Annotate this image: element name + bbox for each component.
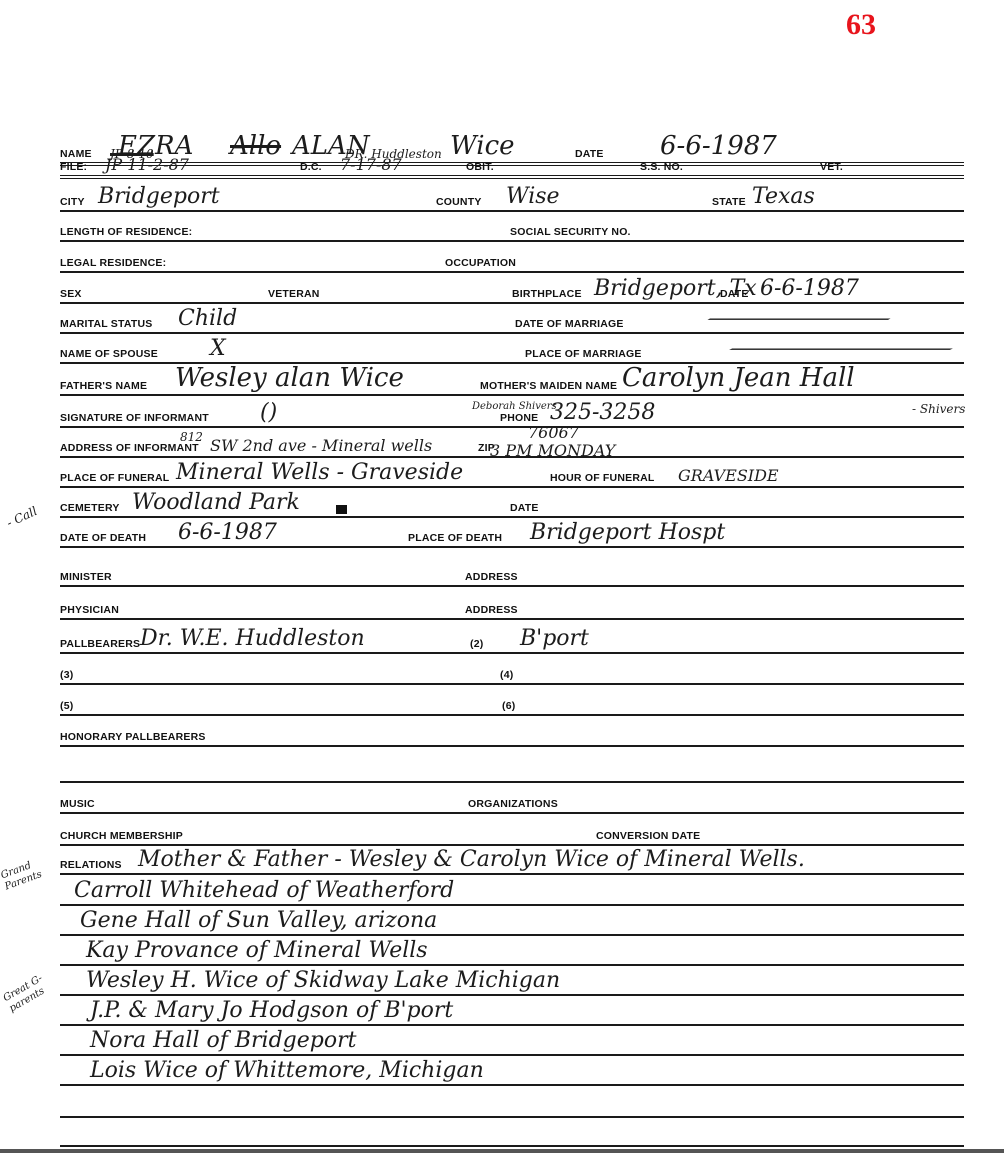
place-of-marriage-label: PLACE OF MARRIAGE <box>525 348 642 360</box>
minister-address-label: ADDRESS <box>465 571 518 583</box>
fathers-name-value: Wesley alan Wice <box>175 363 404 393</box>
length-of-residence-row: LENGTH OF RESIDENCE: SOCIAL SECURITY NO. <box>60 212 964 242</box>
address-label: ADDRESS OF INFORMANT <box>60 442 199 454</box>
music-row: MUSIC ORGANIZATIONS <box>60 784 964 814</box>
page-number: 63 <box>846 8 876 42</box>
cemetery-label: CEMETERY <box>60 502 120 514</box>
place-of-funeral-row: PLACE OF FUNERAL Mineral Wells - Gravesi… <box>60 458 964 488</box>
zip-value: 76067 <box>528 423 579 442</box>
relations-line: Nora Hall of Bridgeport <box>90 1028 356 1053</box>
date-of-marriage-label: DATE OF MARRIAGE <box>515 318 624 330</box>
margin-note-great-grandparents: Great G-parents <box>1 969 58 1016</box>
county-label: COUNTY <box>436 196 482 208</box>
cemetery-value: Woodland Park <box>132 490 300 515</box>
relations-line: Lois Wice of Whittemore, Michigan <box>90 1058 484 1083</box>
organizations-label: ORGANIZATIONS <box>468 798 558 810</box>
relations-line: J.P. & Mary Jo Hodgson of B'port <box>90 998 453 1023</box>
stamp-mark-icon <box>336 505 347 514</box>
relations-line: Carroll Whitehead of Weatherford <box>74 878 454 903</box>
dc-value: 7-17-87 <box>340 155 402 174</box>
fathers-name-label: FATHER'S NAME <box>60 380 147 392</box>
date-of-death-label: DATE OF DEATH <box>60 532 146 544</box>
city-row: CITY Bridgeport COUNTY Wise STATE Texas <box>60 182 964 212</box>
ss-no-label: S.S. NO. <box>640 161 683 173</box>
pallbearer-6-label: (6) <box>502 700 515 712</box>
place-of-death-label: PLACE OF DEATH <box>408 532 502 544</box>
pallbearer-3-label: (3) <box>60 669 73 681</box>
margin-note-call: - Call <box>5 504 40 530</box>
relations-line: Mother & Father - Wesley & Carolyn Wice … <box>138 847 805 872</box>
address-value: SW 2nd ave - Mineral wells <box>210 436 432 455</box>
county-value: Wise <box>506 184 560 209</box>
state-value: Texas <box>752 184 815 209</box>
relations-line: Gene Hall of Sun Valley, arizona <box>80 908 437 933</box>
sex-label: SEX <box>60 288 82 300</box>
pallbearer-2-label: (2) <box>470 638 483 650</box>
church-membership-label: CHURCH MEMBERSHIP <box>60 830 183 842</box>
file-label: FILE: <box>60 161 87 173</box>
pallbearers-row: PALLBEARERS Dr. W.E. Huddleston (2) B'po… <box>60 624 964 654</box>
relations-line: Kay Provance of Mineral Wells <box>86 938 428 963</box>
margin-note-grandparents: Grand Parents <box>0 855 53 894</box>
legal-residence-row: LEGAL RESIDENCE: OCCUPATION <box>60 243 964 273</box>
marital-status-label: MARITAL STATUS <box>60 318 152 330</box>
relations-row-10 <box>60 1121 964 1147</box>
pallbearers-5-6-row: (5) (6) <box>60 686 964 716</box>
social-security-label: SOCIAL SECURITY NO. <box>510 226 631 238</box>
pallbearer-1: Dr. W.E. Huddleston <box>140 626 365 651</box>
file-row: FILE: JP 8-10 JP 11-2-87 D.C. DR. Huddle… <box>60 150 964 179</box>
pallbearers-label: PALLBEARERS <box>60 638 140 650</box>
mothers-maiden-name-label: MOTHER'S MAIDEN NAME <box>480 380 617 392</box>
city-value: Bridgeport <box>98 184 220 209</box>
vet-label: VET. <box>820 161 843 173</box>
spouse-label: NAME OF SPOUSE <box>60 348 158 360</box>
length-of-residence-label: LENGTH OF RESIDENCE: <box>60 226 192 238</box>
address-number: 812 <box>180 430 203 444</box>
place-of-death-value: Bridgeport Hospt <box>530 520 725 545</box>
veteran-label: VETERAN <box>268 288 320 300</box>
file-value: JP 11-2-87 <box>105 155 189 174</box>
relations-row-5: Wesley H. Wice of Skidway Lake Michigan <box>60 966 964 996</box>
mothers-maiden-name-value: Carolyn Jean Hall <box>622 363 855 393</box>
relations-row-9 <box>60 1088 964 1118</box>
marital-status-value: Child <box>178 306 237 331</box>
address-row: ADDRESS OF INFORMANT 812 SW 2nd ave - Mi… <box>60 428 964 458</box>
signature-row: SIGNATURE OF INFORMANT () Deborah Shiver… <box>60 398 964 428</box>
honorary-pallbearers-row: HONORARY PALLBEARERS <box>60 717 964 747</box>
pallbearer-5-label: (5) <box>60 700 73 712</box>
relations-line: Wesley H. Wice of Skidway Lake Michigan <box>86 968 560 993</box>
pallbearer-2: B'port <box>520 626 589 651</box>
place-of-funeral-value: Mineral Wells - Graveside <box>176 460 463 485</box>
scan-edge <box>0 1149 1004 1153</box>
blank-row <box>60 753 964 783</box>
minister-label: MINISTER <box>60 571 112 583</box>
hour-of-funeral-label: HOUR OF FUNERAL <box>550 472 655 484</box>
pallbearers-3-4-row: (3) (4) <box>60 655 964 685</box>
sex-row: SEX VETERAN BIRTHPLACE Bridgeport, Tx DA… <box>60 274 964 304</box>
occupation-label: OCCUPATION <box>445 257 516 269</box>
hour-of-funeral-value: GRAVESIDE <box>678 466 779 485</box>
birthplace-label: BIRTHPLACE <box>512 288 582 300</box>
fathers-name-row: FATHER'S NAME Wesley alan Wice MOTHER'S … <box>60 366 964 396</box>
minister-row: MINISTER ADDRESS <box>60 557 964 587</box>
date-of-death-row: DATE OF DEATH 6-6-1987 PLACE OF DEATH Br… <box>60 518 964 548</box>
birth-date-value: 6-6-1987 <box>760 276 859 301</box>
cemetery-date-label: DATE <box>510 502 539 514</box>
relations-row-8: Lois Wice of Whittemore, Michigan <box>60 1056 964 1086</box>
phone-note-above: Deborah Shivers <box>472 401 557 412</box>
date-of-marriage-value: — <box>700 306 898 331</box>
marital-status-row: MARITAL STATUS Child DATE OF MARRIAGE — <box>60 304 964 334</box>
relations-row-4: Kay Provance of Mineral Wells <box>60 936 964 966</box>
phone-note-right: - Shivers <box>912 402 965 416</box>
physician-row: PHYSICIAN ADDRESS <box>60 590 964 620</box>
honorary-pallbearers-label: HONORARY PALLBEARERS <box>60 731 206 743</box>
dc-label: D.C. <box>300 161 322 173</box>
obit-label: OBIT. <box>466 161 494 173</box>
city-label: CITY <box>60 196 85 208</box>
relations-row-1: RELATIONS Mother & Father - Wesley & Car… <box>60 845 964 875</box>
relations-row-7: Nora Hall of Bridgeport <box>60 1026 964 1056</box>
place-of-funeral-label: PLACE OF FUNERAL <box>60 472 169 484</box>
music-label: MUSIC <box>60 798 95 810</box>
pallbearer-4-label: (4) <box>500 669 513 681</box>
state-label: STATE <box>712 196 746 208</box>
spouse-value: X <box>210 336 226 361</box>
relations-row-2: Carroll Whitehead of Weatherford <box>60 876 964 906</box>
place-of-marriage-value: — <box>720 336 962 361</box>
signature-label: SIGNATURE OF INFORMANT <box>60 412 209 424</box>
spouse-row: NAME OF SPOUSE X PLACE OF MARRIAGE — <box>60 334 964 364</box>
conversion-date-label: CONVERSION DATE <box>596 830 700 842</box>
cemetery-row: CEMETERY Woodland Park DATE <box>60 488 964 518</box>
signature-value: () <box>260 400 277 425</box>
physician-label: PHYSICIAN <box>60 604 119 616</box>
legal-residence-label: LEGAL RESIDENCE: <box>60 257 166 269</box>
date-of-death-value: 6-6-1987 <box>178 520 277 545</box>
church-membership-row: CHURCH MEMBERSHIP CONVERSION DATE <box>60 816 964 846</box>
relations-row-3: Gene Hall of Sun Valley, arizona <box>60 906 964 936</box>
birth-date-label: DATE <box>720 288 749 300</box>
relations-row-6: J.P. & Mary Jo Hodgson of B'port <box>60 996 964 1026</box>
physician-address-label: ADDRESS <box>465 604 518 616</box>
phone-value: 325-3258 <box>550 400 655 425</box>
relations-label: RELATIONS <box>60 859 122 871</box>
